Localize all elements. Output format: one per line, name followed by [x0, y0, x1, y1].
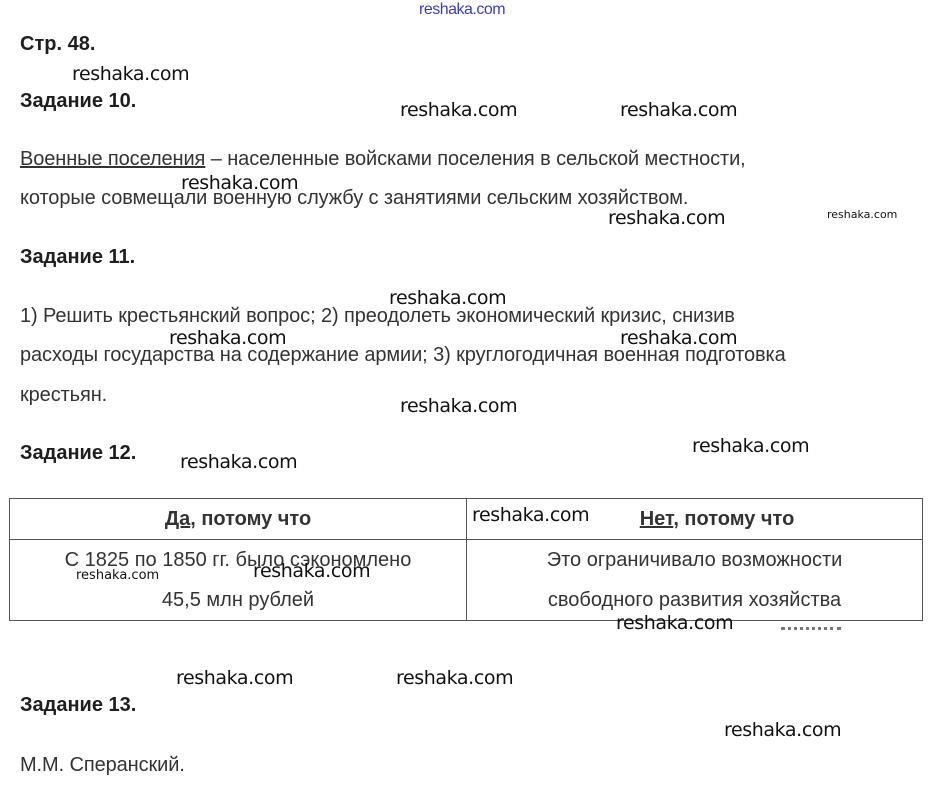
task-13-heading: Задание 13. [20, 694, 136, 717]
watermark: reshaka.com [400, 99, 517, 121]
table-header-row: Да, потому что Нет, потому что [10, 499, 923, 540]
watermark: reshaka.com [181, 172, 298, 194]
scan-artifact [781, 627, 841, 636]
watermark: reshaka.com [620, 327, 737, 349]
task-10-line-1: Военные поселения – населенные войсками … [20, 148, 746, 171]
task-13-answer: М.М. Сперанский. [20, 754, 185, 777]
watermark: reshaka.com [389, 287, 506, 309]
watermark-top: reshaka.com [419, 1, 505, 19]
watermark: reshaka.com [253, 560, 370, 582]
watermark-small: reshaka.com [827, 208, 897, 221]
header-yes-emph: Да [165, 508, 190, 530]
cell-yes-line-2: 45,5 млн рублей [10, 580, 466, 620]
cell-no-line-1: Это ограничивало возможности [467, 540, 922, 580]
header-yes-rest: , потому что [190, 508, 311, 530]
header-yes: Да, потому что [10, 499, 467, 540]
watermark: reshaka.com [176, 667, 293, 689]
page-label: Стр. 48. [20, 33, 95, 56]
task-10-heading: Задание 10. [20, 90, 136, 113]
header-no-rest: , потому что [673, 508, 794, 530]
task-11-heading: Задание 11. [20, 246, 135, 269]
watermark: reshaka.com [169, 327, 286, 349]
watermark: reshaka.com [616, 612, 733, 634]
cell-no-reason: Это ограничивало возможности свободного … [467, 540, 923, 621]
task-11-line-3: крестьян. [20, 384, 107, 407]
term-military-settlements: Военные поселения [20, 148, 205, 170]
watermark: reshaka.com [396, 667, 513, 689]
watermark: reshaka.com [472, 504, 589, 526]
watermark: reshaka.com [692, 435, 809, 457]
task-10-line-2: которые совмещали военную службу с занят… [20, 187, 688, 210]
header-no-emph: Нет [640, 508, 674, 530]
watermark: reshaka.com [620, 99, 737, 121]
task-12-heading: Задание 12. [20, 442, 136, 465]
answer-table: Да, потому что Нет, потому что С 1825 по… [9, 498, 923, 621]
term-definition: – населенные войсками поселения в сельск… [205, 148, 745, 170]
watermark: reshaka.com [608, 207, 725, 229]
watermark: reshaka.com [724, 719, 841, 741]
task-11-line-1: 1) Решить крестьянский вопрос; 2) преодо… [20, 305, 735, 328]
watermark-small: reshaka.com [76, 568, 159, 583]
watermark: reshaka.com [400, 395, 517, 417]
watermark: reshaka.com [72, 63, 189, 85]
watermark: reshaka.com [180, 451, 297, 473]
